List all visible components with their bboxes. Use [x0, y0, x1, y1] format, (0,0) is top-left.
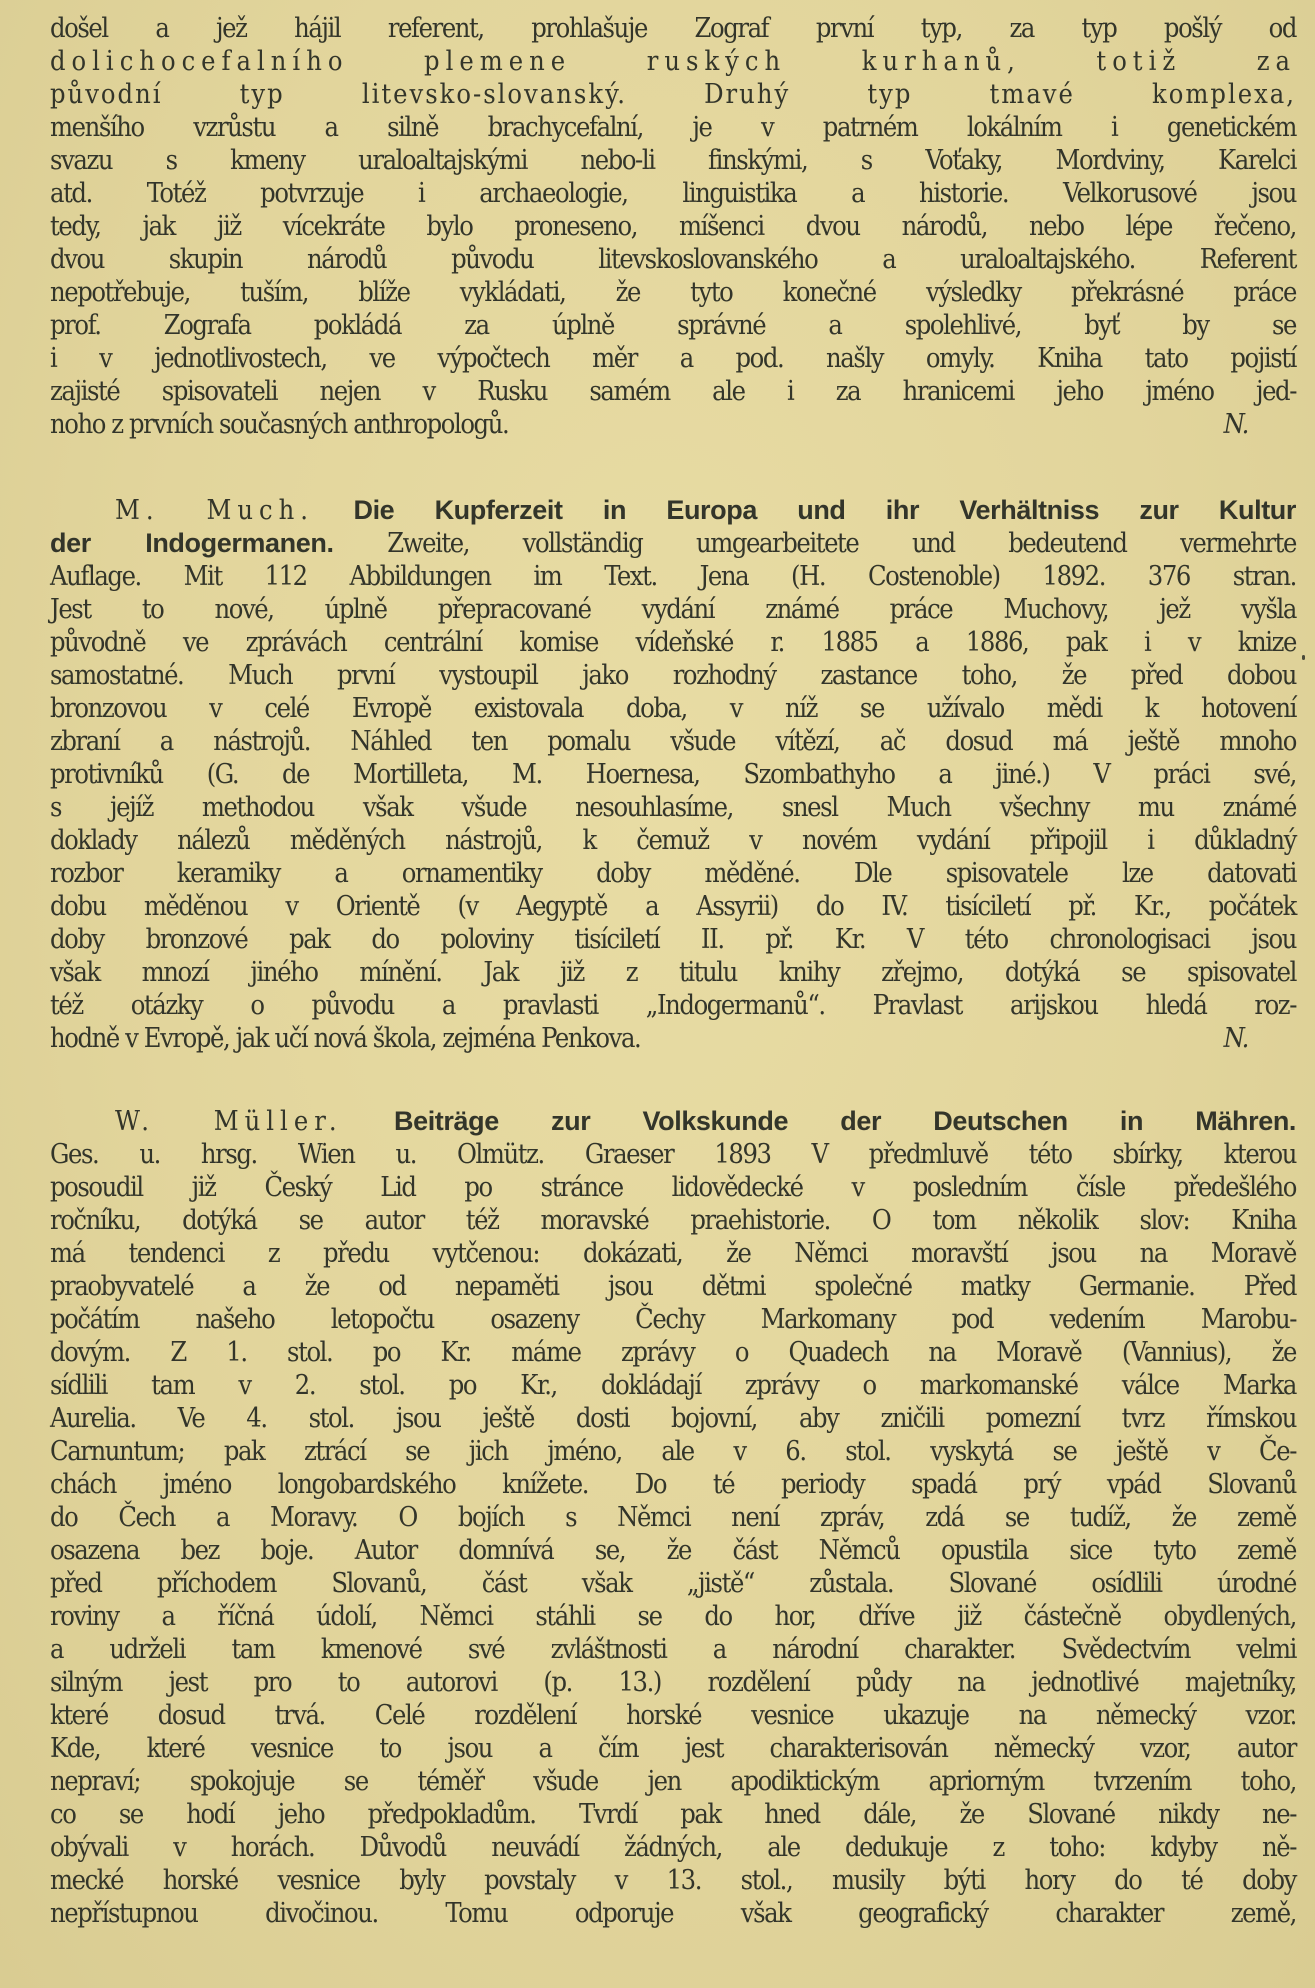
text-line: Kde, které vesnice to jsou a čím jest ch… [50, 1732, 1296, 1765]
text-line: menšího vzrůstu a silně brachycefalní, j… [50, 111, 1296, 144]
text-line-content: noho z prvních současných anthropologů. [50, 409, 508, 440]
text-line: mecké horské vesnice byly povstaly v 13.… [50, 1864, 1296, 1897]
text-line: Aurelia. Ve 4. stol. jsou ještě dosti bo… [50, 1402, 1296, 1435]
text-line: bronzovou v celé Evropě existovala doba,… [50, 692, 1296, 725]
text-line: doklady nálezů měděných nástrojů, k čemu… [50, 824, 1296, 857]
text-line: došel a jež hájil referent, prohlašuje Z… [50, 12, 1296, 45]
review-title: Die Kupferzeit in Europa und ihr Verhält… [353, 495, 1296, 525]
text-line: Auflage. Mit 112 Abbildungen im Text. Je… [50, 560, 1296, 593]
text-line: počátím našeho letopočtu osazeny Čechy M… [50, 1303, 1296, 1336]
signature: N. [1224, 1022, 1248, 1055]
text-line: sídlili tam v 2. stol. po Kr., dokládají… [50, 1369, 1296, 1402]
text-line: zbraní a nástrojů. Náhled ten pomalu všu… [50, 725, 1296, 758]
review-title-cont: der Indogermanen. [50, 528, 334, 558]
text-line: co se hodí jeho předpokladům. Tvrdí pak … [50, 1798, 1296, 1831]
text-line: původně ve zprávách centrální komise víd… [50, 626, 1296, 659]
text-line: též otázky o původu a pravlasti „Indoger… [50, 989, 1296, 1022]
text-line: chách jméno longobardského knížete. Do t… [50, 1468, 1296, 1501]
text-line: a udrželi tam kmenové své zvláštnosti a … [50, 1633, 1296, 1666]
text-line: i v jednotlivostech, ve výpočtech měr a … [50, 342, 1296, 375]
text-line: svazu s kmeny uraloaltajskými nebo-li fi… [50, 144, 1296, 177]
text-line: posoudil již Český Lid po stránce lidově… [50, 1171, 1296, 1204]
text-line: praobyvatelé a že od nepaměti jsou dětmi… [50, 1270, 1296, 1303]
text-line: obývali v horách. Důvodů neuvádí žádných… [50, 1831, 1296, 1864]
text-line: Jest to nové, úplně přepracované vydání … [50, 593, 1296, 626]
text-line: silným jest pro to autorovi (p. 13.) roz… [50, 1666, 1296, 1699]
review-author: M. Much. [115, 495, 314, 526]
text-line: do Čech a Moravy. O bojích s Němci není … [50, 1501, 1296, 1534]
text-line: roviny a říčná údolí, Němci stáhli se do… [50, 1600, 1296, 1633]
text-line: nepřístupnou divočinou. Tomu odporuje vš… [50, 1897, 1296, 1930]
text-line: nepotřebuje, tuším, blíže vykládati, že … [50, 276, 1296, 309]
text-line: der Indogermanen. Zweite, vollständig um… [50, 527, 1296, 560]
document-page: došel a jež hájil referent, prohlašuje Z… [0, 0, 1315, 1988]
text-line: původní typ litevsko-slovanský. Druhý ty… [50, 78, 1296, 111]
text-line: s jejíž methodou však všude nesouhlasíme… [50, 791, 1296, 824]
text-line: ročníku, dotýká se autor též moravské pr… [50, 1204, 1296, 1237]
text-line: protivníků (G. de Mortilleta, M. Hoernes… [50, 758, 1296, 791]
text-line: rozbor keramiky a ornamentiky doby měděn… [50, 857, 1296, 890]
signature: N. [1224, 408, 1248, 441]
text-line: osazena bez boje. Autor domnívá se, že č… [50, 1534, 1296, 1567]
text-line: Ges. u. hrsg. Wien u. Olmütz. Graeser 18… [50, 1138, 1296, 1171]
text-line: které dosud trvá. Celé rozdělení horské … [50, 1699, 1296, 1732]
text-line: samostatné. Much první vystoupil jako ro… [50, 659, 1296, 692]
text-line: dolichocefalního plemene ruských kurhanů… [50, 45, 1296, 78]
text-line: noho z prvních současných anthropologů. … [50, 408, 1296, 441]
text-line: má tendenci z předu vytčenou: dokázati, … [50, 1237, 1296, 1270]
text-line: Carnuntum; pak ztrácí se jich jméno, ale… [50, 1435, 1296, 1468]
text-line-content: Zweite, vollständig umgearbeitete und be… [387, 528, 1296, 559]
text-line-content: hodně v Evropě, jak učí nová škola, zejm… [50, 1023, 640, 1054]
text-line: nepraví; spokojuje se téměř všude jen ap… [50, 1765, 1296, 1798]
text-line: tedy, jak již vícekráte bylo proneseno, … [50, 210, 1296, 243]
text-line: však mnozí jiného mínění. Jak již z titu… [50, 956, 1296, 989]
text-line: atd. Totéž potvrzuje i archaeologie, lin… [50, 177, 1296, 210]
review-heading: M. Much. Die Kupferzeit in Europa und ih… [115, 494, 1296, 527]
text-line: dobu měděnou v Orientě (v Aegyptě a Assy… [50, 890, 1296, 923]
review-author: W. Müller. [115, 1106, 343, 1137]
text-line: před příchodem Slovanů, část však „jistě… [50, 1567, 1296, 1600]
text-line: doby bronzové pak do poloviny tisíciletí… [50, 923, 1296, 956]
text-line: prof. Zografa pokládá za úplně správné a… [50, 309, 1296, 342]
text-line: dovým. Z 1. stol. po Kr. máme zprávy o Q… [50, 1336, 1296, 1369]
review-title: Beiträge zur Volkskunde der Deutschen in… [394, 1106, 1296, 1136]
text-line: hodně v Evropě, jak učí nová škola, zejm… [50, 1022, 1296, 1055]
text-line: dvou skupin národů původu litevskoslovan… [50, 243, 1296, 276]
print-speck [1302, 655, 1305, 660]
text-line: zajisté spisovateli nejen v Rusku samém … [50, 375, 1296, 408]
review-heading: W. Müller. Beiträge zur Volkskunde der D… [115, 1105, 1296, 1138]
